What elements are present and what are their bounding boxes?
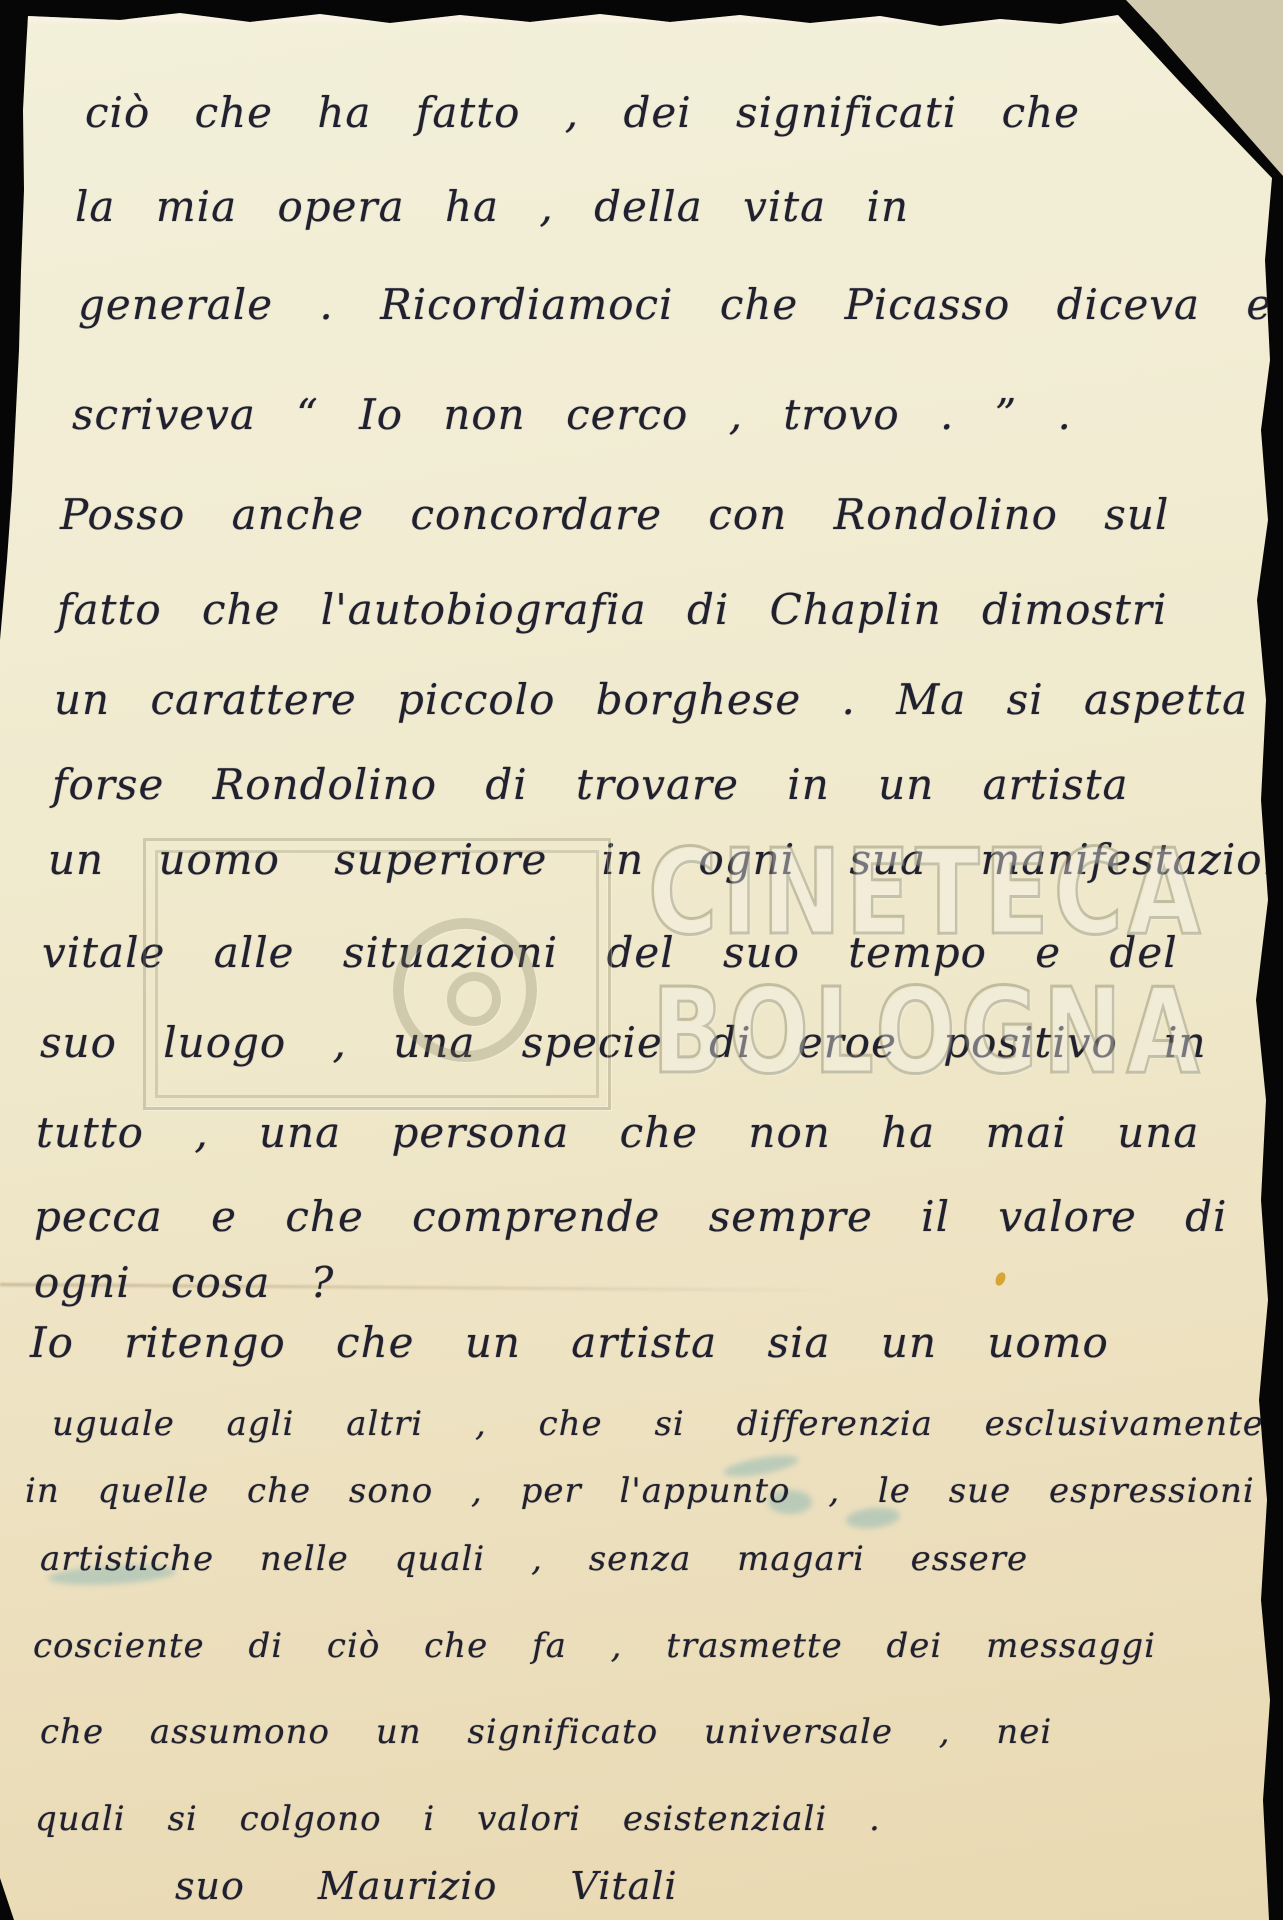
- handwritten-line: che assumono un significato universale ,…: [40, 1712, 1052, 1752]
- letter-page: ciò che ha fatto , dei significati che l…: [0, 0, 1283, 1920]
- handwritten-line: vitale alle situazioni del suo tempo e d…: [42, 928, 1178, 977]
- handwritten-line: pecca e che comprende sempre il valore d…: [34, 1192, 1227, 1241]
- handwritten-line: tutto , una persona che non ha mai una: [36, 1108, 1199, 1157]
- handwritten-line: fatto che l'autobiografia di Chaplin dim…: [57, 585, 1167, 634]
- handwritten-line: in quelle che sono , per l'appunto , le …: [25, 1471, 1255, 1511]
- handwritten-line: forse Rondolino di trovare in un artista: [52, 760, 1129, 809]
- handwritten-line: cosciente di ciò che fa , trasmette dei …: [33, 1626, 1156, 1666]
- handwritten-line: scriveva “ Io non cerco , trovo . ” .: [72, 390, 1072, 439]
- deckle-edge-highlight: [20, 14, 1170, 22]
- signature-line: suo Maurizio Vitali: [175, 1864, 678, 1908]
- handwritten-line: suo luogo , una specie di eroe positivo …: [40, 1018, 1207, 1067]
- handwritten-line: un carattere piccolo borghese . Ma si as…: [54, 675, 1248, 724]
- scanned-letter: ciò che ha fatto , dei significati che l…: [0, 0, 1283, 1920]
- handwritten-line: quali si colgono i valori esistenziali .: [35, 1799, 881, 1839]
- paper-speck: [994, 1271, 1008, 1287]
- handwritten-line: Posso anche concordare con Rondolino sul: [60, 490, 1169, 539]
- handwritten-line: un uomo superiore in ogni sua manifestaz…: [48, 835, 1283, 884]
- handwritten-line: ciò che ha fatto , dei significati che: [85, 88, 1080, 137]
- handwritten-line: ogni cosa ?: [34, 1258, 334, 1307]
- handwritten-line: la mia opera ha , della vita in: [75, 182, 909, 231]
- handwritten-line: Io ritengo che un artista sia un uomo: [30, 1318, 1109, 1367]
- handwritten-line: artistiche nelle quali , senza magari es…: [40, 1539, 1028, 1579]
- handwritten-line: generale . Ricordiamoci che Picasso dice…: [78, 280, 1272, 329]
- handwritten-line: uguale agli altri , che si differenzia e…: [52, 1404, 1264, 1444]
